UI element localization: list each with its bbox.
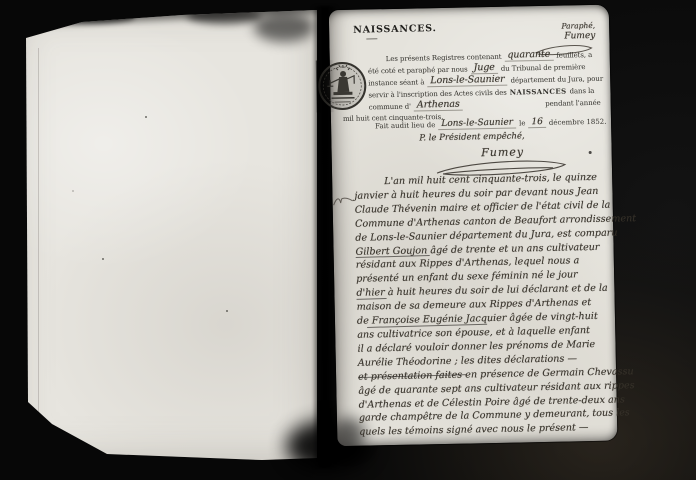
page-edge-shadow: [12, 28, 26, 448]
formula-print: dans la: [569, 86, 594, 97]
revenue-stamp-icon: [316, 59, 369, 112]
formula-handwritten-insert: Juge: [470, 62, 497, 75]
margin-paraph-icon: [330, 194, 354, 208]
ink-speck: [102, 258, 104, 260]
ink-speck: [226, 310, 228, 312]
formula-handwritten-insert: quarante: [504, 49, 553, 62]
formula-print: du Tribunal de première: [501, 62, 586, 75]
dateline-print: décembre 1852.: [549, 118, 607, 127]
signature-name: Fumey: [481, 145, 524, 159]
dateline-handwritten-place: Lons-le-Saunier: [438, 118, 516, 131]
ink-smudge: [254, 12, 314, 42]
register-scan-background: NAISSANCES. Paraphé, Fumey: [0, 0, 696, 480]
formula-handwritten-insert: Arthenas: [414, 99, 463, 112]
formula-print-bold: NAISSANCES: [510, 85, 567, 97]
formula-print: instance séant à: [368, 77, 424, 89]
dateline-handwritten-day: 16: [528, 117, 546, 128]
paraphe-word: Paraphé,: [561, 21, 595, 31]
dateline-print: Fait audit lieu de: [375, 121, 435, 130]
ink-speck: [72, 190, 74, 192]
formula-handwritten-insert: Lons-le-Saunier: [427, 74, 507, 88]
ink-dot: [589, 151, 592, 154]
opening-formula: Les présents Registres contenant quarant…: [368, 49, 601, 125]
formula-print: feuillets, a: [556, 50, 592, 62]
title-underline: [366, 38, 377, 39]
ink-smudge: [187, 8, 262, 24]
ink-speck: [145, 116, 147, 118]
formula-print: commune d': [369, 102, 411, 114]
section-title: NAISSANCES.: [353, 23, 437, 36]
birth-act-text: L'an mil huit cent cinquante-trois, le q…: [354, 171, 609, 440]
dateline-print: le: [519, 119, 526, 127]
formula-print: pendant l'année: [545, 98, 601, 110]
stamp-gutter-shading: [316, 60, 335, 112]
right-act-page: NAISSANCES. Paraphé, Fumey: [329, 5, 618, 447]
paper-crease: [38, 48, 39, 428]
ink-smudge: [40, 10, 135, 23]
formula-spacer: [466, 106, 542, 108]
left-blank-page: [12, 8, 317, 460]
